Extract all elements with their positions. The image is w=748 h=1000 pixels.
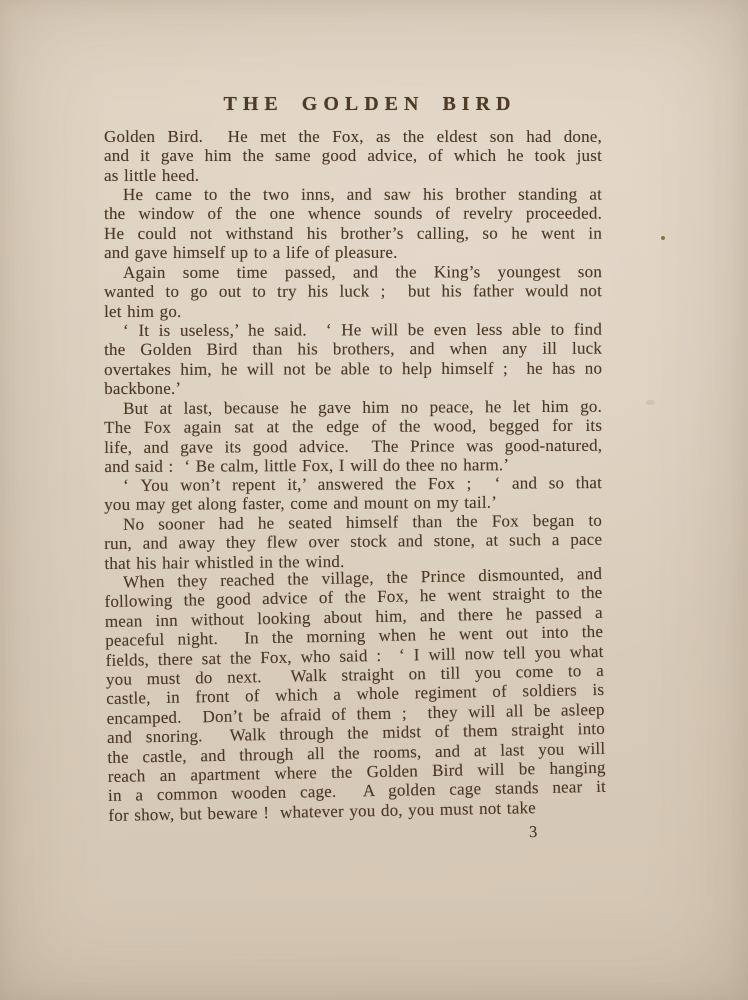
text-line: He could not withstand his brother’s cal… <box>104 224 602 244</box>
paragraph: No sooner had he seated himself than the… <box>104 511 602 574</box>
paper-speck <box>661 236 665 240</box>
text-line: life, and gave its good advice. The Prin… <box>104 435 602 457</box>
paragraph: But at last, because he gave him no peac… <box>104 396 602 476</box>
text-line: and gave himself up to a life of pleasur… <box>104 243 602 263</box>
text-line: wanted to go out to try his luck ; but h… <box>104 281 602 301</box>
text-line: The Fox again sat at the edge of the woo… <box>104 416 602 438</box>
text-block: Golden Bird. He met the Fox, as the elde… <box>104 127 602 826</box>
paragraph: ‘ It is useless,’ he said. ‘ He will be … <box>104 320 602 399</box>
text-line: overtakes him, he will not be able to he… <box>104 358 602 379</box>
paragraph: When they reached the village, the Princ… <box>104 564 607 825</box>
text-line: But at last, because he gave him no peac… <box>104 396 602 418</box>
text-line: ‘ You won’t repent it,’ answered the Fox… <box>104 473 602 495</box>
paragraph: Again some time passed, and the King’s y… <box>104 262 602 321</box>
paragraph: He came to the two inns, and saw his bro… <box>104 185 602 263</box>
paper-speck <box>464 269 466 271</box>
text-line: the window of the one whence sounds of r… <box>104 204 602 224</box>
page-number: 3 <box>529 822 538 842</box>
book-page: THE GOLDEN BIRD Golden Bird. He met the … <box>0 0 748 1000</box>
paragraph: Golden Bird. He met the Fox, as the elde… <box>104 127 602 185</box>
text-line: ‘ It is useless,’ he said. ‘ He will be … <box>104 320 602 341</box>
paragraph: ‘ You won’t repent it,’ answered the Fox… <box>104 473 602 515</box>
text-line: Golden Bird. He met the Fox, as the elde… <box>104 127 602 146</box>
text-line: let him go. <box>104 301 602 321</box>
text-line: Again some time passed, and the King’s y… <box>104 262 602 282</box>
text-line: the Golden Bird than his brothers, and w… <box>104 339 602 360</box>
text-line: He came to the two inns, and saw his bro… <box>104 185 602 205</box>
paper-speck <box>646 400 655 405</box>
text-line: and it gave him the same good advice, of… <box>104 146 602 165</box>
text-line: backbone.’ <box>104 378 602 399</box>
text-line: as little heed. <box>104 166 602 185</box>
page-title: THE GOLDEN BIRD <box>121 93 619 116</box>
